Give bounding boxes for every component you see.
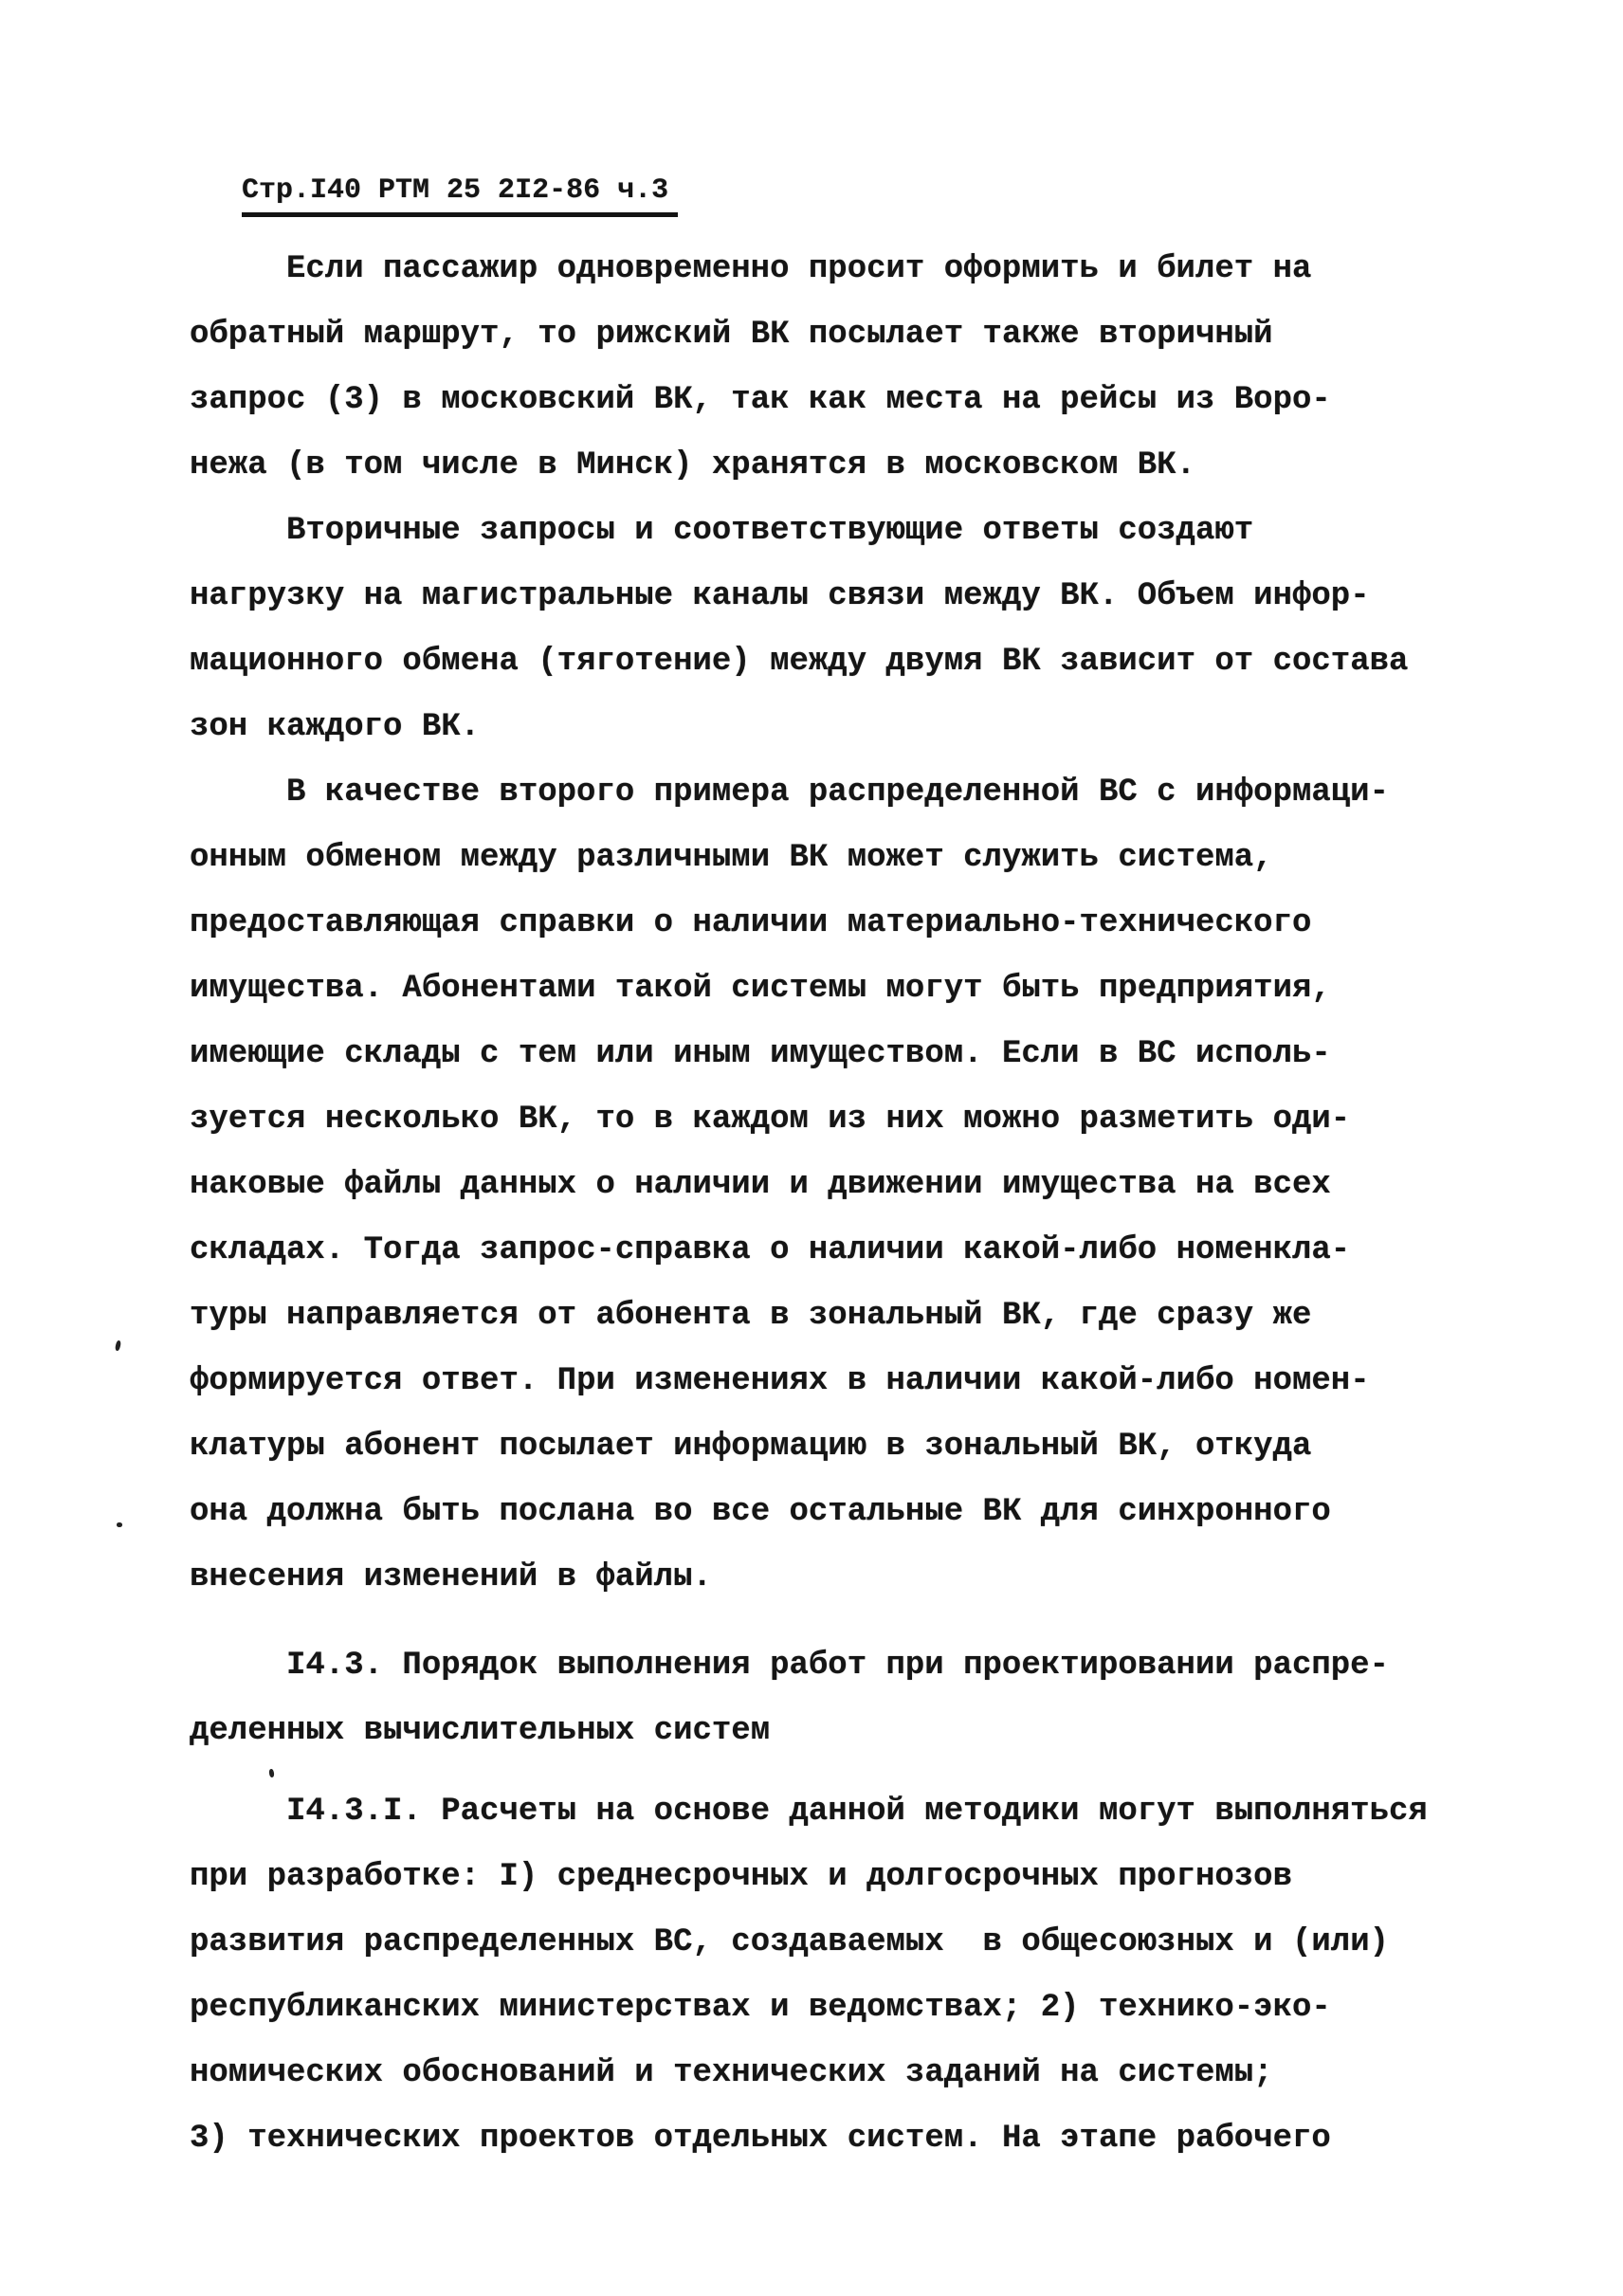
header-text: Стр.I40 РТМ 25 2I2-86 ч.3 xyxy=(242,174,678,217)
text-line: имущества. Абонентами такой системы могу… xyxy=(190,957,1536,1022)
text-line: внесения изменений в файлы. xyxy=(190,1545,1536,1611)
text-line: нежа (в том числе в Минск) хранятся в мо… xyxy=(190,433,1536,499)
text-line: Если пассажир одновременно просит оформи… xyxy=(190,237,1536,302)
text-line: туры направляется от абонента в зональны… xyxy=(190,1284,1536,1349)
paragraph-14-3-1: I4.3.I. Расчеты на основе данной методик… xyxy=(190,1779,1536,2172)
document-body: Если пассажир одновременно просит оформи… xyxy=(190,237,1536,2172)
text-line: зуется несколько ВК, то в каждом из них … xyxy=(190,1087,1536,1153)
text-line: клатуры абонент посылает информацию в зо… xyxy=(190,1414,1536,1480)
scan-artifact xyxy=(117,1522,122,1527)
paragraph-1: Если пассажир одновременно просит оформи… xyxy=(190,237,1536,499)
scanned-document-page: Стр.I40 РТМ 25 2I2-86 ч.3 Если пассажир … xyxy=(0,0,1623,2296)
text-line: онным обменом между различными ВК может … xyxy=(190,826,1536,891)
section-heading-line: I4.3. Порядок выполнения работ при проек… xyxy=(190,1633,1536,1699)
text-line: зон каждого ВК. xyxy=(190,695,1536,760)
text-line: развития распределенных ВС, создаваемых … xyxy=(190,1910,1536,1976)
text-line: обратный маршрут, то рижский ВК посылает… xyxy=(190,302,1536,368)
text-line: нагрузку на магистральные каналы связи м… xyxy=(190,564,1536,629)
paragraph-3: В качестве второго примера распределенно… xyxy=(190,760,1536,1611)
scan-artifact xyxy=(115,1340,121,1352)
text-line: 3) технических проектов отдельных систем… xyxy=(190,2106,1536,2172)
text-line: Вторичные запросы и соответствующие отве… xyxy=(190,499,1536,564)
text-line: запрос (3) в московский ВК, так как мест… xyxy=(190,368,1536,433)
page-header: Стр.I40 РТМ 25 2I2-86 ч.3 xyxy=(173,142,678,249)
text-line: предоставляющая справки о наличии матери… xyxy=(190,891,1536,957)
text-line: имеющие склады с тем или иным имуществом… xyxy=(190,1022,1536,1087)
text-line: наковые файлы данных о наличии и движени… xyxy=(190,1153,1536,1218)
text-line: республиканских министерствах и ведомств… xyxy=(190,1976,1536,2041)
text-line: складах. Тогда запрос-справка о наличии … xyxy=(190,1218,1536,1284)
section-heading-line: деленных вычислительных систем xyxy=(190,1699,1536,1764)
text-line: она должна быть послана во все остальные… xyxy=(190,1480,1536,1545)
text-line: номических обоснований и технических зад… xyxy=(190,2041,1536,2106)
text-line: В качестве второго примера распределенно… xyxy=(190,760,1536,826)
text-line: мационного обмена (тяготение) между двум… xyxy=(190,629,1536,695)
text-line: при разработке: I) среднесрочных и долго… xyxy=(190,1845,1536,1910)
text-line: формируется ответ. При изменениях в нали… xyxy=(190,1349,1536,1414)
section-heading-14-3: I4.3. Порядок выполнения работ при проек… xyxy=(190,1633,1536,1764)
paragraph-2: Вторичные запросы и соответствующие отве… xyxy=(190,499,1536,760)
text-line: I4.3.I. Расчеты на основе данной методик… xyxy=(190,1779,1536,1845)
